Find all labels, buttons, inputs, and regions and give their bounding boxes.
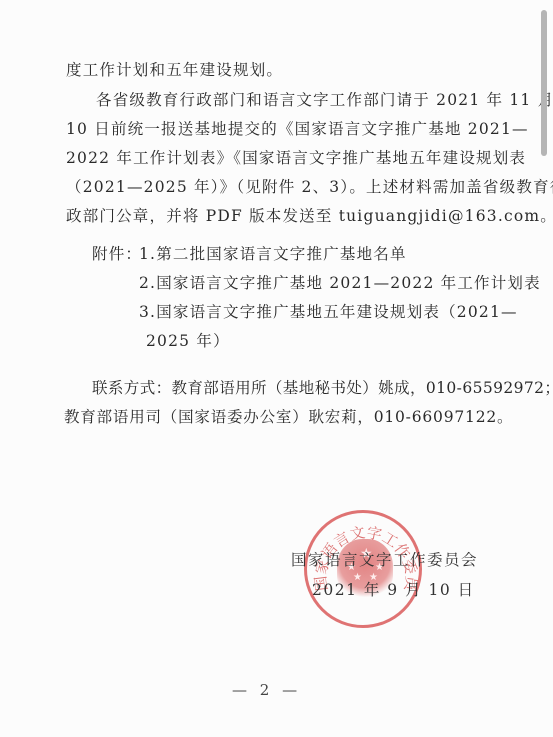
vertical-scrollbar[interactable] [541,10,547,156]
paragraph-line: （2021—2025 年）》（见附件 2、3）。上述材料需加盖省级教育行 [66,177,553,197]
paragraph-line: 10 日前统一报送基地提交的《国家语言文字推广基地 2021— [66,119,529,139]
signature-date: 2021 年 9 月 10 日 [312,578,475,600]
attachment-item: 3.国家语言文字推广基地五年建设规划表（2021— [139,302,518,322]
contact-line: 联系方式：教育部语用所（基地秘书处）姚成，010-65592972； [92,378,553,398]
page-number: — 2 — [232,681,301,699]
paragraph-line: 各省级教育行政部门和语言文字工作部门请于 2021 年 11 月 [96,90,553,110]
attachments-label: 附件： [92,244,142,264]
attachment-item-continued: 2025 年） [146,331,230,351]
document-page: 度工作计划和五年建设规划。 各省级教育行政部门和语言文字工作部门请于 2021 … [0,0,553,737]
attachment-item: 1.第二批国家语言文字推广基地名单 [139,244,407,264]
signature-org: 国家语言文字工作委员会 [291,548,478,570]
paragraph-line: 2022 年工作计划表》《国家语言文字推广基地五年建设规划表 [66,148,526,168]
attachment-item: 2.国家语言文字推广基地 2021—2022 年工作计划表 [139,273,541,293]
contact-line: 教育部语用司（国家语委办公室）耿宏莉，010-66097122。 [64,407,513,427]
paragraph-line: 政部门公章，并将 PDF 版本发送至 tuiguangjidi@163.com。 [66,206,553,226]
paragraph-line: 度工作计划和五年建设规划。 [66,60,283,80]
